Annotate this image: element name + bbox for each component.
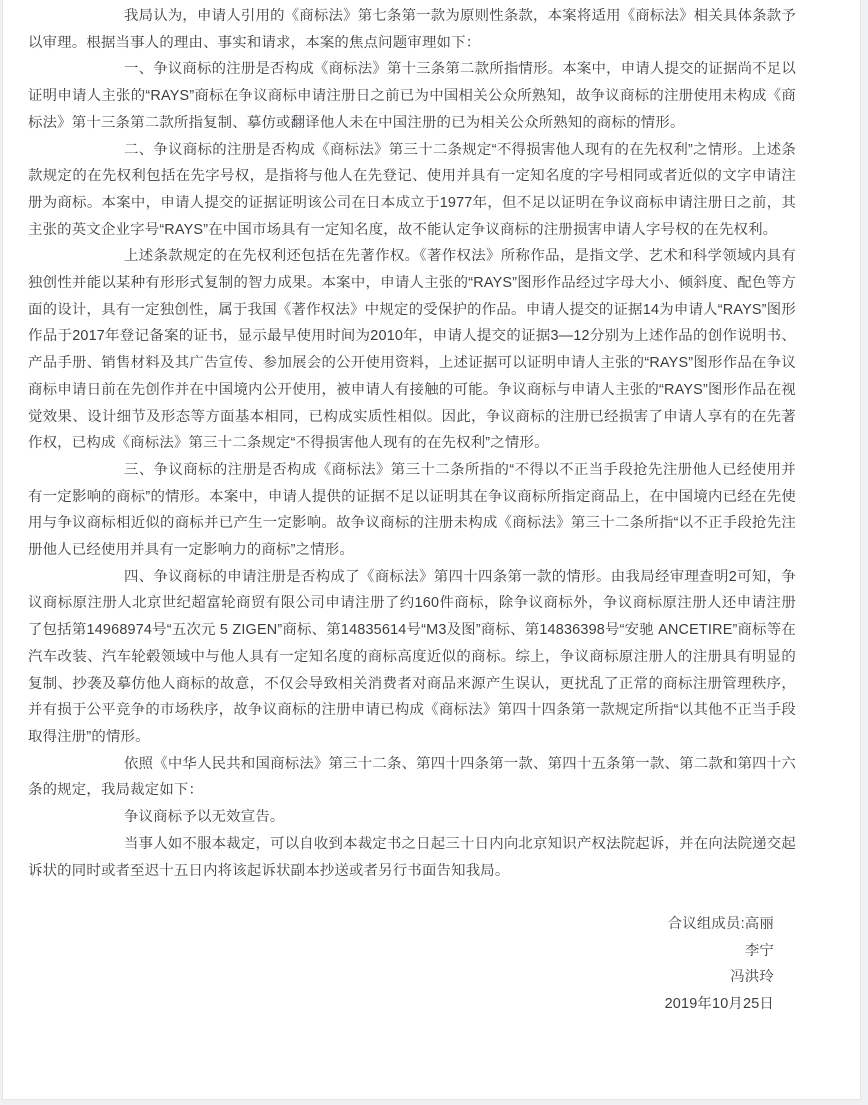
signature-member-3: 冯洪玲 xyxy=(28,964,774,991)
paragraph-issue-1: 一、争议商标的注册是否构成《商标法》第十三条第二款所指情形。本案中，申请人提交的… xyxy=(28,56,796,136)
ruling-document-page: 我局认为，申请人引用的《商标法》第七条第一款为原则性条款，本案将适用《商标法》相… xyxy=(2,0,861,1100)
signature-date: 2019年10月25日 xyxy=(28,991,774,1018)
paragraph-intro: 我局认为，申请人引用的《商标法》第七条第一款为原则性条款，本案将适用《商标法》相… xyxy=(28,3,796,56)
paragraph-ruling: 争议商标予以无效宣告。 xyxy=(28,804,796,831)
paragraph-issue-3: 三、争议商标的注册是否构成《商标法》第三十二条所指的“不得以不正当手段抢先注册他… xyxy=(28,457,796,564)
ruling-body-text: 我局认为，申请人引用的《商标法》第七条第一款为原则性条款，本案将适用《商标法》相… xyxy=(28,3,796,884)
paragraph-issue-2: 二、争议商标的注册是否构成《商标法》第三十二条规定“不得损害他人现有的在先权利”… xyxy=(28,137,796,244)
signature-member-2: 李宁 xyxy=(28,938,774,965)
signature-panel-members: 合议组成员:高丽 xyxy=(28,911,774,938)
paragraph-legal-basis: 依照《中华人民共和国商标法》第三十二条、第四十四条第一款、第四十五条第一款、第二… xyxy=(28,751,796,804)
paragraph-appeal-notice: 当事人如不服本裁定，可以自收到本裁定书之日起三十日内向北京知识产权法院起诉，并在… xyxy=(28,831,796,884)
paragraph-issue-4: 四、争议商标的申请注册是否构成了《商标法》第四十四条第一款的情形。由我局经审理查… xyxy=(28,564,796,751)
paragraph-copyright: 上述条款规定的在先权利还包括在先著作权。《著作权法》所称作品，是指文学、艺术和科… xyxy=(28,243,796,457)
signature-block: 合议组成员:高丽 李宁 冯洪玲 2019年10月25日 xyxy=(28,911,796,1018)
